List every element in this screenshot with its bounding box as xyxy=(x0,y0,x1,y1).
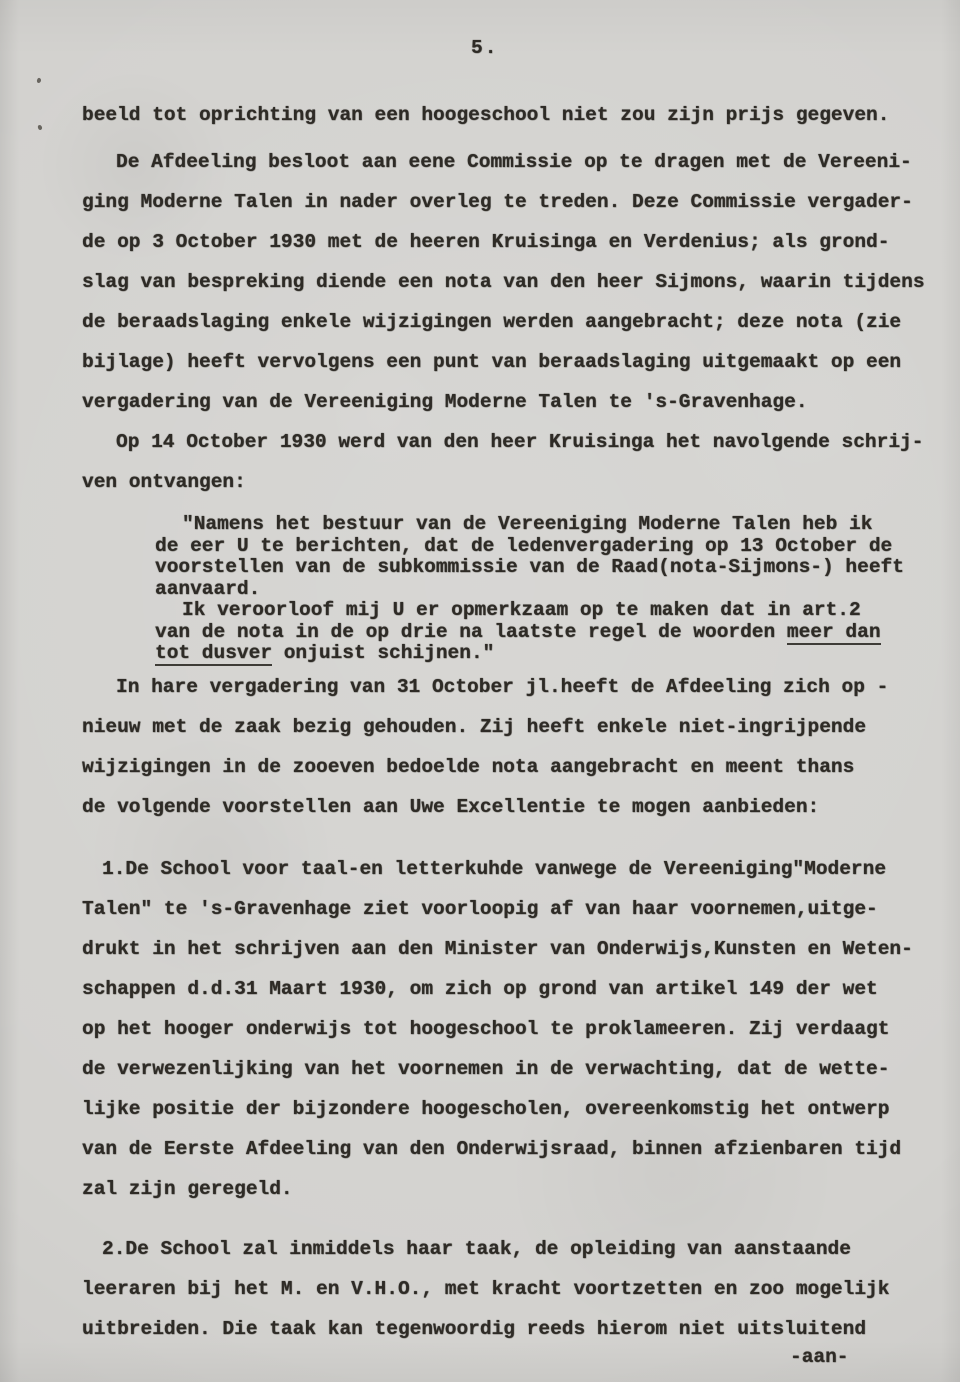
text-line: slag van bespreking diende een nota van … xyxy=(82,262,960,302)
text-line: drukt in het schrijven aan den Minister … xyxy=(82,929,960,969)
margin-speck xyxy=(36,77,41,83)
paragraph-continuation: beeld tot oprichting van een hoogeschool… xyxy=(82,95,960,135)
text-line: uitbreiden. Die taak kan tegenwoordig re… xyxy=(82,1309,960,1349)
text-line: van de Eerste Afdeeling van den Onderwij… xyxy=(82,1129,960,1169)
text-line: zal zijn geregeld. xyxy=(82,1169,960,1209)
text-line: leeraren bij het M. en V.H.O., met krach… xyxy=(82,1269,960,1309)
paragraph-proposal-2: 2.De School zal inmiddels haar taak, de … xyxy=(82,1229,960,1349)
text-line: Talen" te 's-Gravenhage ziet voorloopig … xyxy=(82,889,960,929)
text-line: de verwezenlijking van het voornemen in … xyxy=(82,1049,960,1089)
text-line: In hare vergadering van 31 October jl.he… xyxy=(82,667,960,707)
margin-speck xyxy=(37,125,42,131)
underlined-text: meer dan xyxy=(787,621,881,645)
text-line: nieuw met de zaak bezig gehouden. Zij he… xyxy=(82,707,960,747)
catchword: -aan- xyxy=(790,1346,849,1369)
text-line: De Afdeeling besloot aan eene Commissie … xyxy=(82,142,960,182)
paragraph-proposal-1: 1.De School voor taal-en letterkuhde van… xyxy=(82,849,960,1209)
text-line: aanvaard. xyxy=(155,579,935,601)
text-line: Op 14 October 1930 werd van den heer Kru… xyxy=(82,422,960,462)
text-line: de eer U te berichten, dat de ledenverga… xyxy=(155,536,935,558)
page-number: 5. xyxy=(471,37,498,60)
document-page: 5. beeld tot oprichting van een hoogesch… xyxy=(0,0,960,1382)
text-line: op het hooger onderwijs tot hoogeschool … xyxy=(82,1009,960,1049)
blockquote-kruisinga-letter: "Namens het bestuur van de Vereeniging M… xyxy=(155,514,935,665)
text-line: ging Moderne Talen in nader overleg te t… xyxy=(82,182,960,222)
text-line: wijzigingen in de zooeven bedoelde nota … xyxy=(82,747,960,787)
text-line: de beraadslaging enkele wijzigingen werd… xyxy=(82,302,960,342)
text-line: Ik veroorloof mij U er opmerkzaam op te … xyxy=(155,600,935,622)
text-line: tot dusver onjuist schijnen." xyxy=(155,643,935,665)
text-line: vergadering van de Vereeniging Moderne T… xyxy=(82,382,960,422)
text-segment: onjuist schijnen." xyxy=(272,642,494,664)
text-line: de op 3 October 1930 met de heeren Kruis… xyxy=(82,222,960,262)
text-line: lijke positie der bijzondere hoogeschole… xyxy=(82,1089,960,1129)
text-line: 2.De School zal inmiddels haar taak, de … xyxy=(82,1229,960,1269)
text-segment: van de nota in de op drie na laatste reg… xyxy=(155,621,787,643)
text-line: ven ontvangen: xyxy=(82,462,960,502)
text-line: voorstellen van de subkommissie van de R… xyxy=(155,557,935,579)
paragraph-in-hare-vergadering: In hare vergadering van 31 October jl.he… xyxy=(82,667,960,827)
text-line: 1.De School voor taal-en letterkuhde van… xyxy=(82,849,960,889)
text-line: "Namens het bestuur van de Vereeniging M… xyxy=(155,514,935,536)
text-line: beeld tot oprichting van een hoogeschool… xyxy=(82,95,960,135)
text-line: de volgende voorstellen aan Uwe Excellen… xyxy=(82,787,960,827)
text-line: bijlage) heeft vervolgens een punt van b… xyxy=(82,342,960,382)
paragraph-op-14-october: Op 14 October 1930 werd van den heer Kru… xyxy=(82,422,960,502)
text-line: schappen d.d.31 Maart 1930, om zich op g… xyxy=(82,969,960,1009)
text-line: van de nota in de op drie na laatste reg… xyxy=(155,622,935,644)
paragraph-afdeeling-besloot: De Afdeeling besloot aan eene Commissie … xyxy=(82,142,960,422)
underlined-text: tot dusver xyxy=(155,642,272,666)
